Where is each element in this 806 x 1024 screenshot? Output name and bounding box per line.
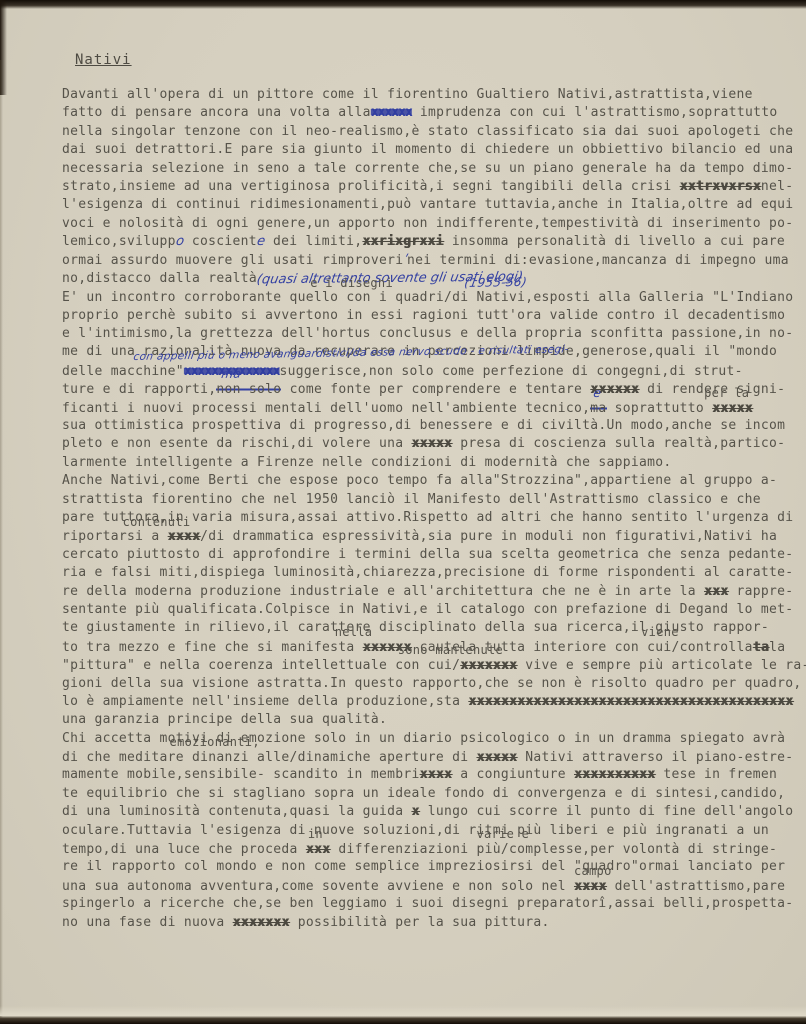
text-line: re il rapporto col mondo e non come semp… bbox=[62, 858, 806, 876]
typed-text: dell'astrattismo,pare bbox=[607, 879, 786, 894]
typed-text: gioni della sua visione astratta.In ques… bbox=[62, 676, 802, 691]
typed-text: quadri/di Nativi, bbox=[395, 290, 533, 305]
typed-text: soprattutto bbox=[607, 401, 713, 416]
typed-text: te equilibrio che si stagliano sopra un … bbox=[62, 786, 785, 801]
typed-text: mamente mobile,sensibile- scandito in me… bbox=[62, 767, 420, 782]
text-line: te equilibrio che si stagliano sopra un … bbox=[62, 785, 806, 803]
text-line: fatto di pensare ancora una volta allaxx… bbox=[62, 104, 806, 122]
typed-text: lo è ampiamente nell'insieme della produ… bbox=[62, 694, 468, 709]
overtyped-strikeout: xxxxx bbox=[712, 401, 753, 416]
typed-text: possibilità per la sua pittura. bbox=[290, 915, 550, 930]
typed-text: larmente intelligente a Firenze nelle co… bbox=[62, 455, 672, 470]
typed-text: lungo cui scorre il punto di fine dell'a… bbox=[420, 804, 794, 819]
text-line: proprio perchè subito si avvertono in es… bbox=[62, 307, 806, 325]
typed-text: Anche Nativi,come Berti che espose poco … bbox=[62, 473, 777, 488]
typed-text: di che meditare dinanzi alle bbox=[62, 750, 290, 765]
typed-text: proprio perchè subito si avvertono in es… bbox=[62, 308, 785, 323]
typed-text: strato,insieme ad una vertiginosa prolif… bbox=[62, 179, 680, 194]
text-line: larmente intelligente a Firenze nelle co… bbox=[62, 454, 806, 472]
typed-text: a congiunture bbox=[452, 767, 574, 782]
typed-text: ormai assurdo muovere gli usati rimprove… bbox=[62, 253, 403, 268]
typed-text: necessaria selezione in seno a tale corr… bbox=[62, 161, 793, 176]
overtyped-strikeout: xxxx bbox=[420, 767, 453, 782]
overtyped-strikeout: xxxx bbox=[574, 879, 607, 894]
typed-text: sentante più qualificata.Colpisce in Nat… bbox=[62, 602, 793, 617]
typed-text: lemico,svilupp bbox=[62, 234, 176, 249]
typed-text: E' un incontro corroborante quello con i bbox=[62, 290, 395, 305]
text-line: voci e nolosità di ogni genere,un apport… bbox=[62, 215, 806, 233]
text-line: ormai assurdo muovere gli usati rimprove… bbox=[62, 252, 806, 270]
typed-text: imprudenza con cui l'astrattismo,sopratt… bbox=[412, 105, 778, 120]
text-line: necessaria selezione in seno a tale corr… bbox=[62, 160, 806, 178]
typed-text: ficanti i nuovi processi mentali dell'uo… bbox=[62, 401, 590, 416]
typed-text: presa di coscienza sulla realtà,partico- bbox=[452, 436, 785, 451]
text-line: di una luminosità contenuta,quasi la gui… bbox=[62, 803, 806, 821]
text-line: "pittura" e nella coerenza intellettuale… bbox=[62, 656, 806, 674]
typed-text: coscient bbox=[184, 234, 257, 249]
text-line: no una fase di nuova xxxxxxx possibilità… bbox=[62, 914, 806, 932]
text-line: no,distacco dalla realtà(quasi altrettan… bbox=[62, 270, 806, 288]
pen-struck-text: non solo bbox=[216, 382, 281, 397]
typed-text: esposti alla Galleria "L'Indiano bbox=[533, 290, 793, 305]
typed-text: dai suoi detrattori.E pare sia giunto il… bbox=[62, 142, 793, 157]
text-line: ria e falsi miti,dispiega luminosità,chi… bbox=[62, 564, 806, 582]
document-title: Nativi bbox=[75, 52, 132, 68]
overtyped-strikeout: xxxxx bbox=[411, 436, 452, 451]
typed-text: Davanti all'opera di un pittore come il … bbox=[62, 87, 753, 102]
typed-text: ture e di rapporti, bbox=[62, 382, 216, 397]
typed-text: oculare.Tuttavia l'esigenza di nuove sol… bbox=[62, 823, 769, 838]
typed-text: re il rapporto col mondo e non come semp… bbox=[62, 859, 785, 874]
typed-text: rappre- bbox=[728, 584, 793, 599]
typed-text: l'esigenza di continui ridimesionamenti,… bbox=[62, 197, 793, 212]
typed-text: no una fase di nuova bbox=[62, 915, 233, 930]
typed-text: cui/ bbox=[428, 658, 461, 673]
typed-text: suggerisce,non solo come perfezione di c… bbox=[279, 364, 742, 379]
typed-text: dei limiti, bbox=[265, 234, 363, 249]
text-line: pleto e non esente da rischi,di volere u… bbox=[62, 435, 806, 453]
overtyped-strikeout: xxxxxxx bbox=[233, 915, 290, 930]
text-line: una sua autonoma avventura,come sovente … bbox=[62, 877, 806, 895]
scan-edge-left-shadow bbox=[0, 60, 3, 1024]
typed-text: Nativi attraverso il piano-estre- bbox=[517, 750, 793, 765]
text-line: sua ottimistica prospettiva di progresso… bbox=[62, 417, 806, 435]
pen-struck-text: ma bbox=[590, 401, 606, 416]
typed-text: insomma personalità di livello a cui par… bbox=[444, 234, 785, 249]
typed-text: più/complesse,per volontà di stringe- bbox=[476, 842, 777, 857]
typed-text: e l'intimismo,la grettezza dell'hortus c… bbox=[62, 326, 793, 341]
text-line: e l'intimismo,la grettezza dell'hortus c… bbox=[62, 325, 806, 343]
text-line: ture e di rapporti,manon solo come fonte… bbox=[62, 380, 806, 398]
typed-text: nei termini di:evasione,mancanza di impe… bbox=[407, 253, 789, 268]
overtyped-strikeout: xxx bbox=[704, 584, 728, 599]
typed-text: sua ottimistica prospettiva di progresso… bbox=[62, 418, 785, 433]
typed-text: una garanzia principe della sua qualità. bbox=[62, 712, 387, 727]
typed-text: vive e sempre più articolate le ra- bbox=[517, 658, 806, 673]
text-line: una garanzia principe della sua qualità. bbox=[62, 711, 806, 729]
text-line: gioni della sua visione astratta.In ques… bbox=[62, 675, 806, 693]
typed-text: di una luminosità contenuta,quasi la gui… bbox=[62, 804, 411, 819]
text-line: strato,insieme ad una vertiginosa prolif… bbox=[62, 178, 806, 196]
text-line: spingerlo a ricerche che,se ben leggiamo… bbox=[62, 895, 806, 913]
overtyped-strikeout: xxtrxvxrsx bbox=[680, 179, 761, 194]
typed-text: una sua autonoma avventura,come sovente … bbox=[62, 879, 574, 894]
typed-text: cui/controlla bbox=[647, 640, 753, 655]
scanned-typescript: { "doc": { "title": "Nativi", "colors": … bbox=[0, 0, 806, 1024]
typed-text: nel- bbox=[761, 179, 794, 194]
overtyped-strikeout: xxxxxxx bbox=[460, 658, 517, 673]
text-line: oculare.Tuttavia l'esigenza di nuove sol… bbox=[62, 822, 806, 840]
typed-text: /di drammatica espressività,sia pure in … bbox=[200, 529, 777, 544]
text-line: E' un incontro corroborante quello con i… bbox=[62, 288, 806, 306]
text-line: strattista fiorentino che nel 1950 lanci… bbox=[62, 491, 806, 509]
typed-text: nella singolar tenzone con il neo-realis… bbox=[62, 124, 793, 139]
text-line: con appelli più o meno avanguardistici/d… bbox=[62, 362, 806, 380]
typed-text: strattista fiorentino che nel 1950 lanci… bbox=[62, 492, 761, 507]
typed-text: spingerlo a ricerche che,se ben leggiamo… bbox=[62, 896, 793, 911]
scan-edge-bottom bbox=[0, 1016, 806, 1024]
typed-text: /dinamiche aperture di bbox=[290, 750, 477, 765]
text-line: Davanti all'opera di un pittore come il … bbox=[62, 86, 806, 104]
typed-text: tese in fremen bbox=[655, 767, 777, 782]
typed-text: cercato piuttosto di approfondire i term… bbox=[62, 547, 793, 562]
typed-text: "pittura" e nella coerenza intellettuale… bbox=[62, 658, 428, 673]
typed-text: fatto di pensare ancora una volta alla bbox=[62, 105, 371, 120]
text-line: lemico,sviluppo cosciente dei limiti,xxr… bbox=[62, 233, 806, 251]
typed-text: differenziazioni bbox=[330, 842, 476, 857]
text-line: sentante più qualificata.Colpisce in Nat… bbox=[62, 601, 806, 619]
typed-text: la bbox=[769, 640, 785, 655]
text-line: lo è ampiamente nell'insieme della produ… bbox=[62, 693, 806, 711]
typed-text: ria e falsi miti,dispiega luminosità,chi… bbox=[62, 565, 793, 580]
text-line: riportarsi a contenutixxxx/di drammatica… bbox=[62, 527, 806, 545]
overtyped-strikeout: xxxx bbox=[168, 529, 201, 544]
typed-text: no,distacco dalla realtà bbox=[62, 271, 257, 286]
scan-edge-top bbox=[0, 0, 806, 9]
overtyped-strikeout: xxx bbox=[306, 842, 330, 857]
text-line: tempo,di una luce che proceda inxxx diff… bbox=[62, 840, 806, 858]
text-line: re della moderna produzione industriale … bbox=[62, 583, 806, 601]
overtyped-strikeout: ta bbox=[753, 640, 769, 655]
typed-text: re della moderna produzione industriale … bbox=[62, 584, 704, 599]
text-line: te giustamente in rilievo,il carattere d… bbox=[62, 619, 806, 637]
overtyped-strikeout: xxxxxxxxxx bbox=[574, 767, 655, 782]
text-line: mamente mobile,sensibile- scandito in me… bbox=[62, 766, 806, 784]
paper-bottom-crease bbox=[0, 1006, 806, 1016]
typed-text: to tra mezzo e fine che si manifesta bbox=[62, 640, 363, 655]
text-line: nella singolar tenzone con il neo-realis… bbox=[62, 123, 806, 141]
text-line: Anche Nativi,come Berti che espose poco … bbox=[62, 472, 806, 490]
typed-text: riportarsi a bbox=[62, 529, 168, 544]
typed-text: delle macchine" bbox=[62, 364, 184, 379]
typed-text: voci e nolosità di ogni genere,un apport… bbox=[62, 216, 793, 231]
overtyped-strikeout: xxxxx bbox=[476, 750, 517, 765]
typescript-body: Davanti all'opera di un pittore come il … bbox=[62, 86, 806, 932]
text-line: cercato piuttosto di approfondire i term… bbox=[62, 546, 806, 564]
text-line: dai suoi detrattori.E pare sia giunto il… bbox=[62, 141, 806, 159]
text-line: di che meditare dinanzi alleemozionanti,… bbox=[62, 748, 806, 766]
text-line: ficanti i nuovi processi mentali dell'uo… bbox=[62, 399, 806, 417]
overtyped-strikeout: xxxxxxxxxxxxxxxxxxxxxxxxxxxxxxxxxxxxxxxx bbox=[468, 694, 793, 709]
ink-scribble: xxxxxx bbox=[371, 105, 412, 120]
typed-text: tempo,di una luce che proceda bbox=[62, 842, 306, 857]
overtyped-strikeout: xxrixgrxxi bbox=[362, 234, 443, 249]
text-line: l'esigenza di continui ridimesionamenti,… bbox=[62, 196, 806, 214]
overtyped-strikeout: x bbox=[411, 804, 419, 819]
typed-text: pleto e non esente da rischi,di volere u… bbox=[62, 436, 411, 451]
typed-text: come fonte per comprendere e tentare bbox=[281, 382, 590, 397]
